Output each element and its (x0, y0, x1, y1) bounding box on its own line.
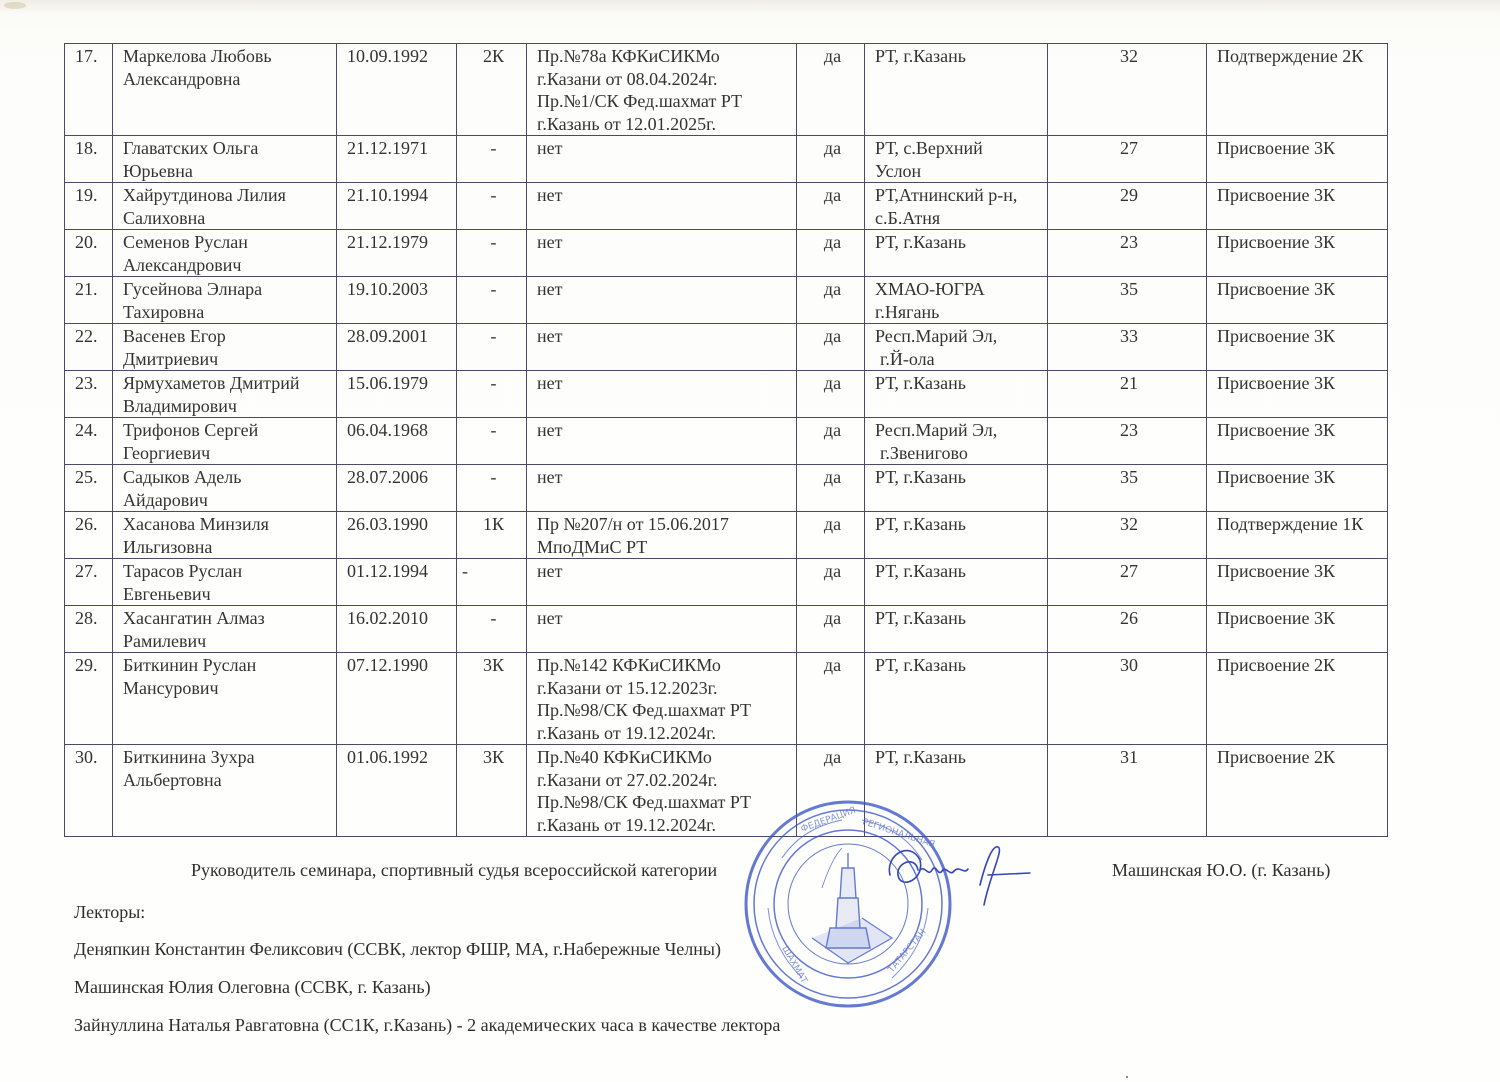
region-line: Респ.Марий Эл, (875, 419, 1041, 442)
name-line: Хайрутдинова Лилия (123, 184, 330, 207)
order-cell: нет (527, 324, 797, 371)
category-cell: - (457, 606, 527, 653)
region-cell: ХМАО-ЮГРАг.Нягань (865, 277, 1048, 324)
action-cell: Присвоение 3К (1207, 136, 1388, 183)
order-cell: нет (527, 559, 797, 606)
name-cell: Главатских ОльгаЮрьевна (113, 136, 337, 183)
region-line: Респ.Марий Эл, (875, 325, 1041, 348)
birth-date-cell: 01.12.1994 (337, 559, 457, 606)
score-cell: 29 (1048, 183, 1207, 230)
order-line: нет (537, 560, 790, 583)
action-cell: Присвоение 2К (1207, 653, 1388, 745)
action-cell: Присвоение 2К (1207, 745, 1388, 837)
name-cell: Маркелова ЛюбовьАлександровна (113, 44, 337, 136)
birth-date-cell: 15.06.1979 (337, 371, 457, 418)
region-cell: РТ, г.Казань (865, 653, 1048, 745)
table-row: 28.Хасангатин АлмазРамилевич16.02.2010-н… (65, 606, 1388, 653)
row-number-cell: 27. (65, 559, 113, 606)
region-line: РТ, г.Казань (875, 746, 1041, 769)
name-line: Рамилевич (123, 630, 330, 653)
name-line: Васенев Егор (123, 325, 330, 348)
region-line: РТ, г.Казань (875, 466, 1041, 489)
order-cell: Пр.№142 КФКиСИКМог.Казани от 15.12.2023г… (527, 653, 797, 745)
order-line: Пр.№142 КФКиСИКМо (537, 654, 790, 677)
birth-date-cell: 28.09.2001 (337, 324, 457, 371)
category-cell: 2К (457, 44, 527, 136)
order-line: нет (537, 607, 790, 630)
birth-date-cell: 28.07.2006 (337, 465, 457, 512)
order-line: г.Казани от 15.12.2023г. (537, 677, 790, 700)
order-cell: Пр.№78а КФКиСИКМог.Казани от 08.04.2024г… (527, 44, 797, 136)
region-line: РТ, г.Казань (875, 372, 1041, 395)
row-number-cell: 23. (65, 371, 113, 418)
category-cell: - (457, 371, 527, 418)
name-line: Салиховна (123, 207, 330, 230)
row-number-cell: 25. (65, 465, 113, 512)
flag-cell: да (797, 371, 865, 418)
order-cell: нет (527, 277, 797, 324)
name-line: Трифонов Сергей (123, 419, 330, 442)
birth-date-cell: 26.03.1990 (337, 512, 457, 559)
birth-date-cell: 21.12.1971 (337, 136, 457, 183)
order-cell: нет (527, 606, 797, 653)
order-cell: Пр.№40 КФКиСИКМог.Казани от 27.02.2024г.… (527, 745, 797, 837)
lecturer-item: Машинская Юлия Олеговна (ССВК, г. Казань… (74, 977, 431, 998)
name-cell: Биткинин РусланМансурович (113, 653, 337, 745)
order-line: г.Казань от 19.12.2024г. (537, 722, 790, 745)
score-cell: 32 (1048, 512, 1207, 559)
order-cell: нет (527, 465, 797, 512)
flag-cell: да (797, 465, 865, 512)
order-line: г.Казань от 12.01.2025г. (537, 113, 790, 136)
order-line: нет (537, 231, 790, 254)
svg-text:ШАХМАТ: ШАХМАТ (779, 945, 809, 986)
region-line: г.Нягань (875, 301, 1041, 324)
table-row: 21.Гусейнова ЭлнараТахировна19.10.2003-н… (65, 277, 1388, 324)
category-cell: - (457, 230, 527, 277)
region-line: РТ, г.Казань (875, 231, 1041, 254)
order-cell: нет (527, 371, 797, 418)
order-line: г.Казани от 08.04.2024г. (537, 68, 790, 91)
score-cell: 27 (1048, 136, 1207, 183)
action-cell: Присвоение 3К (1207, 277, 1388, 324)
table-row: 25.Садыков АдельАйдарович28.07.2006-нетд… (65, 465, 1388, 512)
scan-speck (1126, 1076, 1128, 1078)
region-cell: РТ, г.Казань (865, 230, 1048, 277)
order-line: нет (537, 137, 790, 160)
lecturer-item: Зайнуллина Наталья Равгатовна (СС1К, г.К… (74, 1015, 780, 1036)
flag-cell: да (797, 653, 865, 745)
handwritten-signature-icon (880, 835, 1035, 915)
flag-cell: да (797, 418, 865, 465)
order-line: Пр.№78а КФКиСИКМо (537, 45, 790, 68)
name-cell: Хасанова МинзиляИльгизовна (113, 512, 337, 559)
name-line: Биткинина Зухра (123, 746, 330, 769)
flag-cell: да (797, 136, 865, 183)
order-cell: нет (527, 230, 797, 277)
action-cell: Подтверждение 1К (1207, 512, 1388, 559)
name-line: Хасанова Минзиля (123, 513, 330, 536)
name-line: Георгиевич (123, 442, 330, 465)
region-cell: РТ, г.Казань (865, 745, 1048, 837)
table-row: 29.Биткинин РусланМансурович07.12.19903К… (65, 653, 1388, 745)
table-row: 24.Трифонов СергейГеоргиевич06.04.1968-н… (65, 418, 1388, 465)
region-line: г.Й-ола (875, 348, 1041, 371)
flag-cell: да (797, 745, 865, 837)
region-line: РТ, г.Казань (875, 560, 1041, 583)
lecturers-label: Лекторы: (74, 902, 145, 923)
score-cell: 33 (1048, 324, 1207, 371)
name-line: Биткинин Руслан (123, 654, 330, 677)
category-cell: - (457, 465, 527, 512)
region-line: Услон (875, 160, 1041, 183)
seminar-head-title: Руководитель семинара, спортивный судья … (191, 860, 717, 881)
action-cell: Присвоение 3К (1207, 418, 1388, 465)
birth-date-cell: 07.12.1990 (337, 653, 457, 745)
name-line: Садыков Адель (123, 466, 330, 489)
score-cell: 23 (1048, 418, 1207, 465)
birth-date-cell: 19.10.2003 (337, 277, 457, 324)
name-cell: Гусейнова ЭлнараТахировна (113, 277, 337, 324)
region-line: РТ, г.Казань (875, 45, 1041, 68)
order-line: Пр.№40 КФКиСИКМо (537, 746, 790, 769)
region-cell: РТ, г.Казань (865, 512, 1048, 559)
action-cell: Присвоение 3К (1207, 465, 1388, 512)
table-row: 20.Семенов РусланАлександрович21.12.1979… (65, 230, 1388, 277)
region-line: РТ, с.Верхний (875, 137, 1041, 160)
table-row: 17.Маркелова ЛюбовьАлександровна10.09.19… (65, 44, 1388, 136)
row-number-cell: 18. (65, 136, 113, 183)
row-number-cell: 21. (65, 277, 113, 324)
row-number-cell: 24. (65, 418, 113, 465)
action-cell: Присвоение 3К (1207, 324, 1388, 371)
order-line: нет (537, 278, 790, 301)
scan-edge-shadow (0, 0, 1500, 14)
order-line: г.Казань от 19.12.2024г. (537, 814, 790, 837)
category-cell: - (457, 277, 527, 324)
category-cell: - (457, 183, 527, 230)
name-cell: Трифонов СергейГеоргиевич (113, 418, 337, 465)
name-line: Хасангатин Алмаз (123, 607, 330, 630)
lecturer-item: Деняпкин Константин Феликсович (ССВК, ле… (74, 939, 721, 960)
table-row: 27.Тарасов РусланЕвгеньевич01.12.1994-не… (65, 559, 1388, 606)
row-number-cell: 22. (65, 324, 113, 371)
seminar-head-name: Машинская Ю.О. (г. Казань) (1112, 860, 1330, 881)
row-number-cell: 26. (65, 512, 113, 559)
name-line: Евгеньевич (123, 583, 330, 606)
order-cell: нет (527, 136, 797, 183)
score-cell: 35 (1048, 277, 1207, 324)
name-line: Александровна (123, 68, 330, 91)
participants-table: 17.Маркелова ЛюбовьАлександровна10.09.19… (64, 43, 1388, 837)
birth-date-cell: 21.12.1979 (337, 230, 457, 277)
region-line: г.Звенигово (875, 442, 1041, 465)
order-line: Пр.№98/СК Фед.шахмат РТ (537, 699, 790, 722)
table-row: 30.Биткинина ЗухраАльбертовна01.06.19923… (65, 745, 1388, 837)
participants-table-body: 17.Маркелова ЛюбовьАлександровна10.09.19… (65, 44, 1388, 837)
flag-cell: да (797, 277, 865, 324)
name-line: Ярмухаметов Дмитрий (123, 372, 330, 395)
row-number-cell: 30. (65, 745, 113, 837)
action-cell: Подтверждение 2К (1207, 44, 1388, 136)
name-cell: Семенов РусланАлександрович (113, 230, 337, 277)
region-line: с.Б.Атня (875, 207, 1041, 230)
region-cell: РТ,Атнинский р-н,с.Б.Атня (865, 183, 1048, 230)
category-cell: 3К (457, 653, 527, 745)
name-line: Альбертовна (123, 769, 330, 792)
name-line: Гусейнова Элнара (123, 278, 330, 301)
name-cell: Садыков АдельАйдарович (113, 465, 337, 512)
score-cell: 30 (1048, 653, 1207, 745)
flag-cell: да (797, 230, 865, 277)
birth-date-cell: 16.02.2010 (337, 606, 457, 653)
region-line: РТ, г.Казань (875, 654, 1041, 677)
name-line: Юрьевна (123, 160, 330, 183)
order-cell: нет (527, 418, 797, 465)
name-cell: Хайрутдинова ЛилияСалиховна (113, 183, 337, 230)
region-cell: РТ, г.Казань (865, 371, 1048, 418)
category-cell: - (457, 559, 527, 606)
name-line: Александрович (123, 254, 330, 277)
birth-date-cell: 21.10.1994 (337, 183, 457, 230)
action-cell: Присвоение 3К (1207, 183, 1388, 230)
flag-cell: да (797, 324, 865, 371)
name-line: Маркелова Любовь (123, 45, 330, 68)
region-cell: Респ.Марий Эл,г.Й-ола (865, 324, 1048, 371)
name-line: Дмитриевич (123, 348, 330, 371)
score-cell: 23 (1048, 230, 1207, 277)
action-cell: Присвоение 3К (1207, 559, 1388, 606)
region-cell: РТ, г.Казань (865, 44, 1048, 136)
action-cell: Присвоение 3К (1207, 606, 1388, 653)
category-cell: 3К (457, 745, 527, 837)
order-cell: Пр №207/н от 15.06.2017МпоДМиС РТ (527, 512, 797, 559)
region-cell: Респ.Марий Эл,г.Звенигово (865, 418, 1048, 465)
order-line: нет (537, 325, 790, 348)
birth-date-cell: 10.09.1992 (337, 44, 457, 136)
action-cell: Присвоение 3К (1207, 230, 1388, 277)
order-line: Пр.№98/СК Фед.шахмат РТ (537, 791, 790, 814)
order-line: нет (537, 466, 790, 489)
row-number-cell: 20. (65, 230, 113, 277)
flag-cell: да (797, 559, 865, 606)
table-row: 19.Хайрутдинова ЛилияСалиховна21.10.1994… (65, 183, 1388, 230)
svg-text:ТАТАРСТАН: ТАТАРСТАН (886, 928, 929, 976)
category-cell: - (457, 324, 527, 371)
name-line: Айдарович (123, 489, 330, 512)
name-line: Владимирович (123, 395, 330, 418)
flag-cell: да (797, 183, 865, 230)
score-cell: 27 (1048, 559, 1207, 606)
table-row: 22.Васенев ЕгорДмитриевич28.09.2001-нетд… (65, 324, 1388, 371)
region-cell: РТ, г.Казань (865, 559, 1048, 606)
order-line: Пр.№1/СК Фед.шахмат РТ (537, 90, 790, 113)
name-line: Мансурович (123, 677, 330, 700)
action-cell: Присвоение 3К (1207, 371, 1388, 418)
table-row: 23.Ярмухаметов ДмитрийВладимирович15.06.… (65, 371, 1388, 418)
row-number-cell: 19. (65, 183, 113, 230)
region-line: РТ, г.Казань (875, 607, 1041, 630)
region-cell: РТ, г.Казань (865, 606, 1048, 653)
scanned-page: 17.Маркелова ЛюбовьАлександровна10.09.19… (0, 0, 1500, 1082)
order-line: нет (537, 184, 790, 207)
name-cell: Васенев ЕгорДмитриевич (113, 324, 337, 371)
flag-cell: да (797, 606, 865, 653)
region-cell: РТ, г.Казань (865, 465, 1048, 512)
order-cell: нет (527, 183, 797, 230)
name-line: Тарасов Руслан (123, 560, 330, 583)
name-cell: Ярмухаметов ДмитрийВладимирович (113, 371, 337, 418)
order-line: нет (537, 372, 790, 395)
scan-smudge (4, 2, 26, 9)
name-line: Тахировна (123, 301, 330, 324)
score-cell: 26 (1048, 606, 1207, 653)
birth-date-cell: 06.04.1968 (337, 418, 457, 465)
birth-date-cell: 01.06.1992 (337, 745, 457, 837)
flag-cell: да (797, 44, 865, 136)
category-cell: - (457, 418, 527, 465)
region-line: РТ,Атнинский р-н, (875, 184, 1041, 207)
category-cell: 1К (457, 512, 527, 559)
row-number-cell: 29. (65, 653, 113, 745)
category-cell: - (457, 136, 527, 183)
order-line: МпоДМиС РТ (537, 536, 790, 559)
score-cell: 31 (1048, 745, 1207, 837)
name-cell: Тарасов РусланЕвгеньевич (113, 559, 337, 606)
region-cell: РТ, с.ВерхнийУслон (865, 136, 1048, 183)
order-line: г.Казани от 27.02.2024г. (537, 769, 790, 792)
name-line: Ильгизовна (123, 536, 330, 559)
name-cell: Хасангатин АлмазРамилевич (113, 606, 337, 653)
name-line: Семенов Руслан (123, 231, 330, 254)
region-line: ХМАО-ЮГРА (875, 278, 1041, 301)
table-row: 18.Главатских ОльгаЮрьевна21.12.1971-нет… (65, 136, 1388, 183)
region-line: РТ, г.Казань (875, 513, 1041, 536)
order-line: нет (537, 419, 790, 442)
row-number-cell: 28. (65, 606, 113, 653)
name-line: Главатских Ольга (123, 137, 330, 160)
table-row: 26.Хасанова МинзиляИльгизовна26.03.19901… (65, 512, 1388, 559)
score-cell: 21 (1048, 371, 1207, 418)
name-cell: Биткинина ЗухраАльбертовна (113, 745, 337, 837)
score-cell: 35 (1048, 465, 1207, 512)
flag-cell: да (797, 512, 865, 559)
row-number-cell: 17. (65, 44, 113, 136)
score-cell: 32 (1048, 44, 1207, 136)
order-line: Пр №207/н от 15.06.2017 (537, 513, 790, 536)
